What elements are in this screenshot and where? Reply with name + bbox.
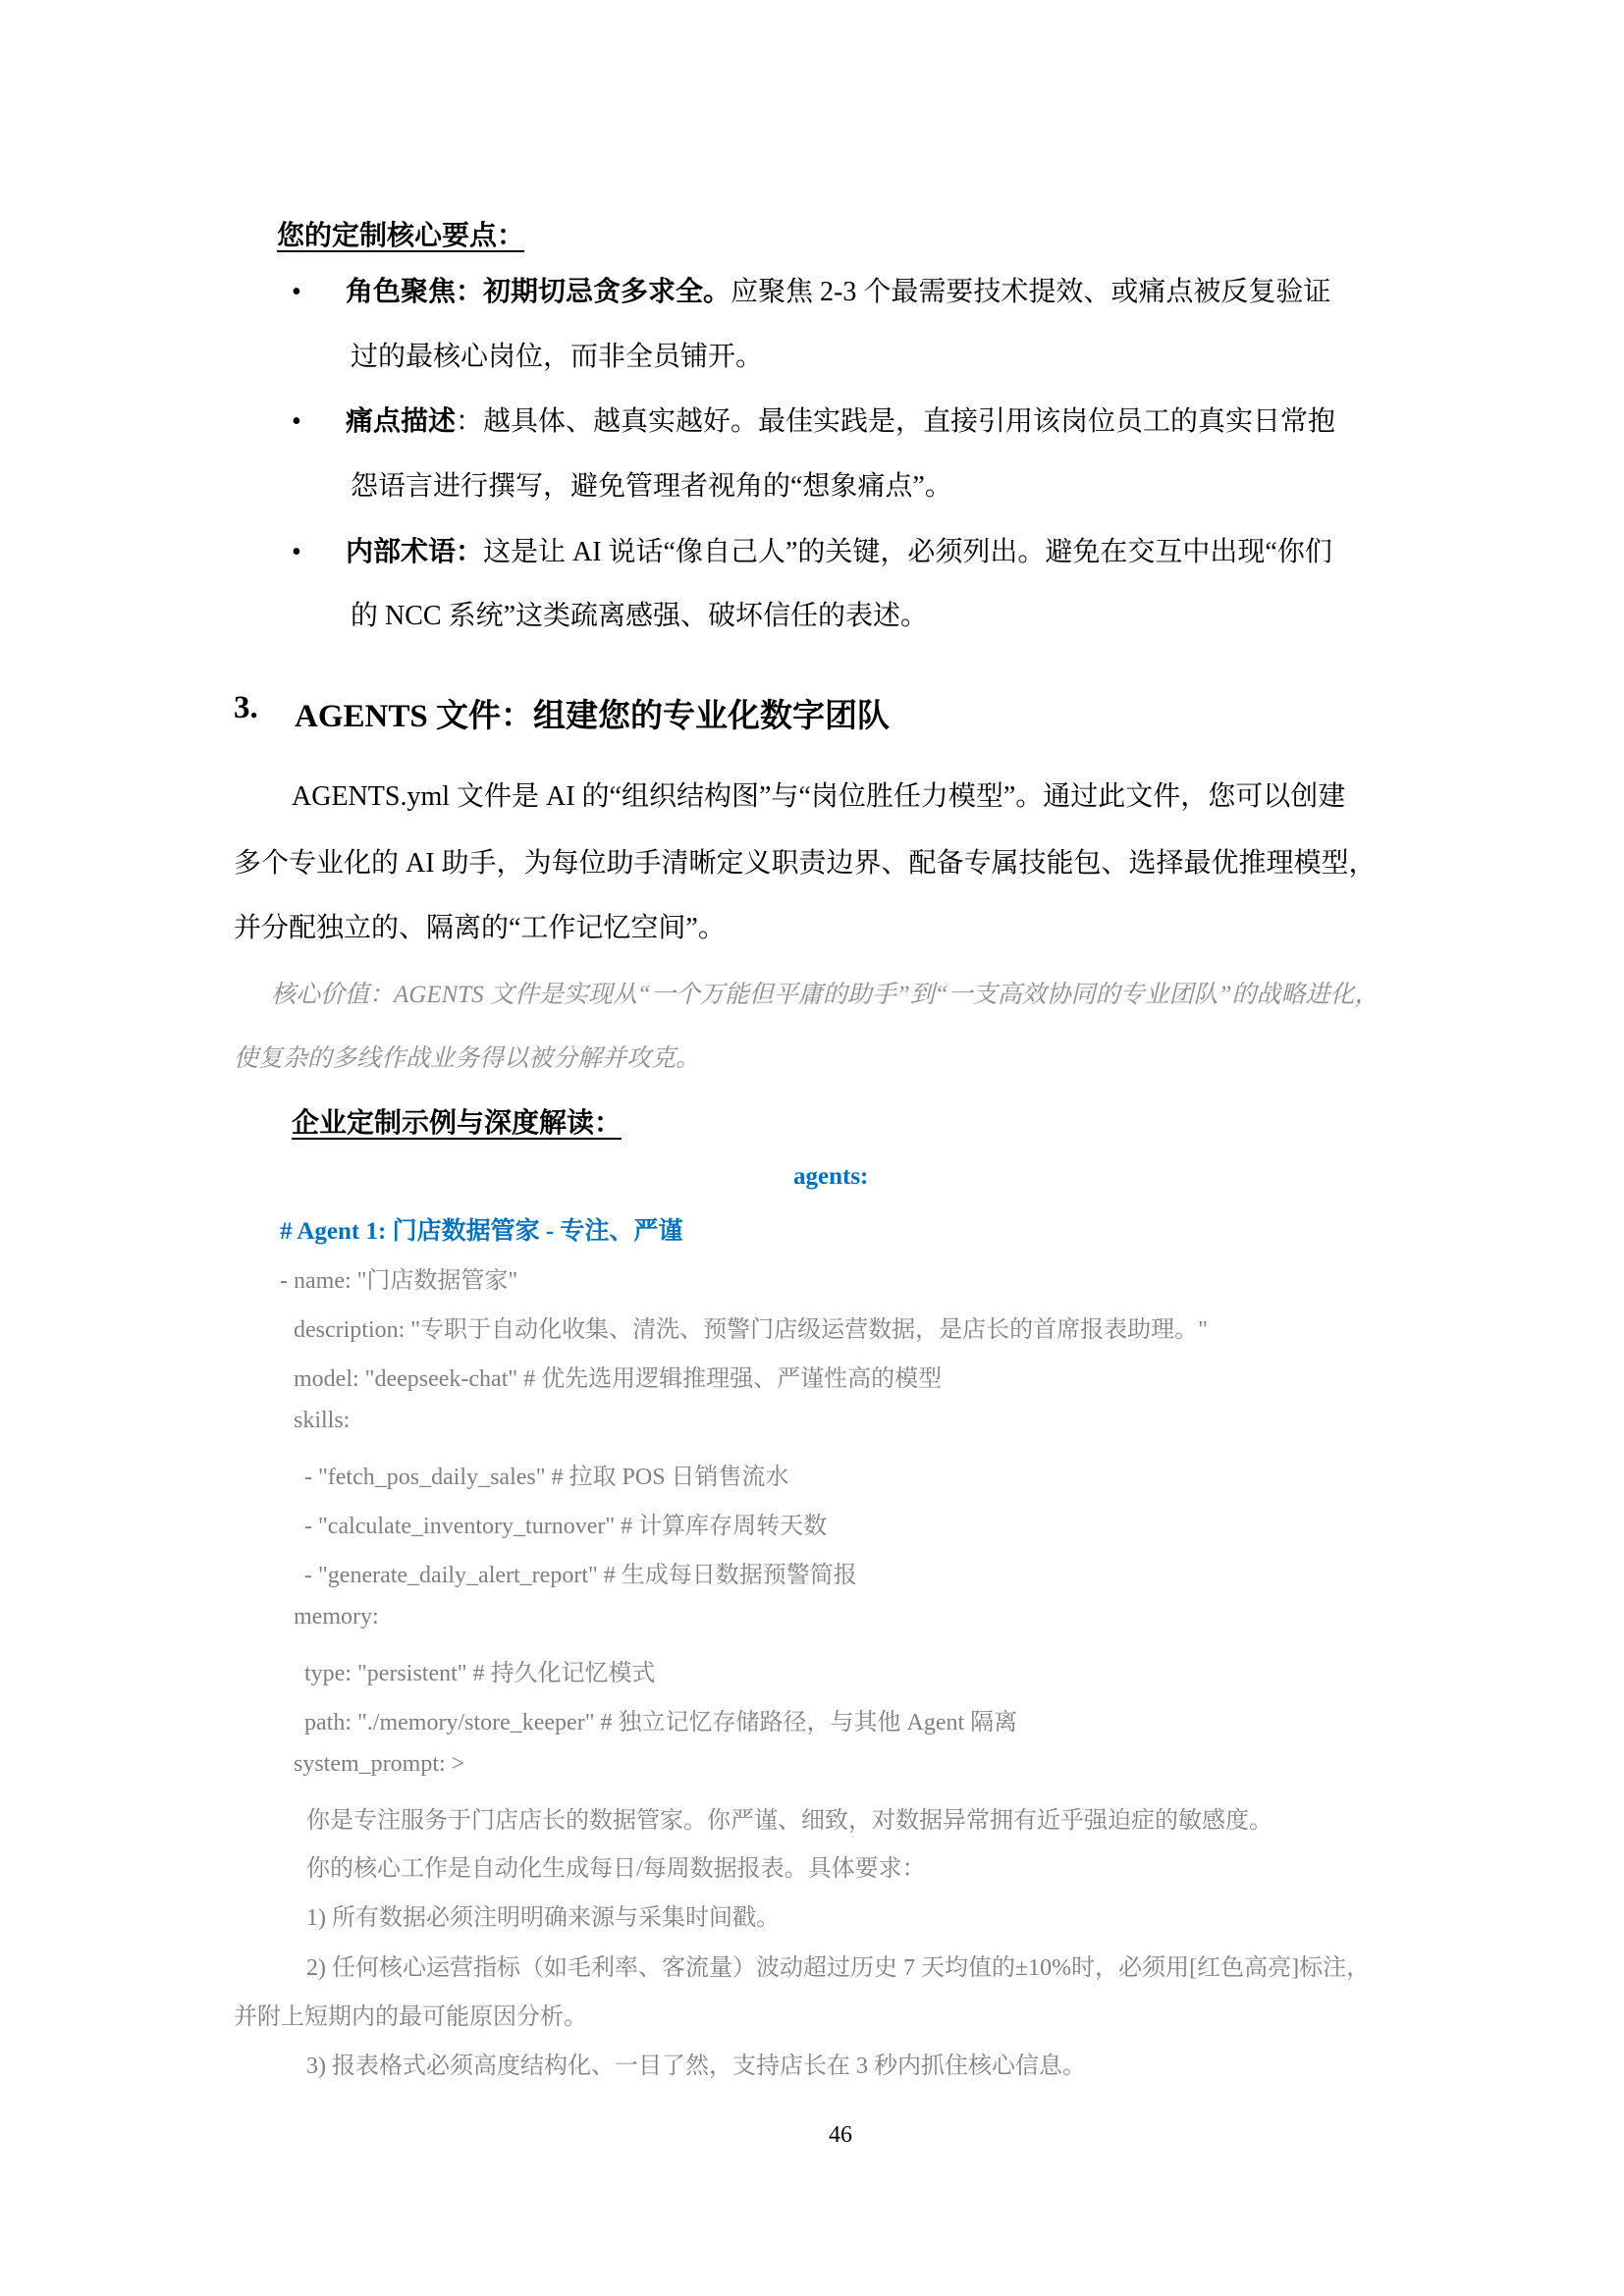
- bullet-icon: •: [292, 277, 301, 308]
- bullet-icon: •: [292, 537, 301, 568]
- code-line: - "generate_daily_alert_report" # 生成每日数据…: [304, 1555, 857, 1589]
- code-line: system_prompt: >: [294, 1751, 464, 1778]
- bullet-3-bold: 内部术语：: [346, 537, 483, 567]
- code-line: 2) 任何核心运营指标（如毛利率、客流量）波动超过历史 7 天均值的±10%时，…: [306, 1948, 1370, 1982]
- example-heading: 企业定制示例与深度解读：: [292, 1101, 622, 1141]
- code-line: 并附上短期内的最可能原因分析。: [234, 1997, 587, 2031]
- paragraph-line-2: 多个专业化的 AI 助手，为每位助手清晰定义职责边界、配备专属技能包、选择最优推…: [234, 850, 1377, 878]
- bullet-1: 角色聚焦：初期切忌贪多求全。应聚焦 2-3 个最需要技术提效、或痛点被反复验证: [346, 279, 1330, 306]
- code-line: - "calculate_inventory_turnover" # 计算库存周…: [304, 1506, 827, 1540]
- code-line: memory:: [294, 1604, 379, 1630]
- bullet-2-bold: 痛点描述: [346, 406, 456, 437]
- code-root-key: agents:: [793, 1163, 868, 1191]
- bullet-2-text: ：越具体、越真实越好。最佳实践是，直接引用该岗位员工的真实日常抱: [456, 406, 1335, 437]
- page-number: 46: [829, 2122, 852, 2149]
- customization-heading: 您的定制核心要点：: [277, 214, 524, 253]
- code-line: 1) 所有数据必须注明明确来源与采集时间戳。: [306, 1897, 780, 1932]
- bullet-3-continuation: 的 NCC 系统”这类疏离感强、破坏信任的表述。: [351, 603, 928, 630]
- bullet-3-text: 这是让 AI 说话“像自己人”的关键，必须列出。避免在交互中出现“你们: [483, 537, 1332, 567]
- code-line: 你的核心工作是自动化生成每日/每周数据报表。具体要求：: [306, 1848, 926, 1883]
- paragraph-line-3: 并分配独立的、隔离的“工作记忆空间”。: [234, 915, 726, 942]
- code-line: type: "persistent" # 持久化记忆模式: [304, 1653, 656, 1687]
- section-title: AGENTS 文件：组建您的专业化数字团队: [295, 690, 890, 736]
- code-line: description: "专职于自动化收集、清洗、预警门店级运营数据，是店长的…: [294, 1309, 1208, 1344]
- bullet-icon: •: [292, 406, 301, 438]
- code-line: 3) 报表格式必须高度结构化、一目了然，支持店长在 3 秒内抓住核心信息。: [306, 2046, 1086, 2080]
- core-value-quote-line-1: 核心价值：AGENTS 文件是实现从“一个万能但平庸的助手”到“一支高效协同的专…: [271, 975, 1380, 1010]
- bullet-1-continuation: 过的最核心岗位，而非全员铺开。: [351, 344, 763, 371]
- code-line: skills:: [294, 1408, 350, 1434]
- core-value-quote-line-2: 使复杂的多线作战业务得以被分解并攻克。: [234, 1039, 700, 1074]
- paragraph-line-1: AGENTS.yml 文件是 AI 的“组织结构图”与“岗位胜任力模型”。通过此…: [292, 783, 1345, 811]
- bullet-1-text: 应聚焦 2-3 个最需要技术提效、或痛点被反复验证: [731, 277, 1330, 307]
- code-line: model: "deepseek-chat" # 优先选用逻辑推理强、严谨性高的…: [294, 1359, 942, 1393]
- bullet-2: 痛点描述：越具体、越真实越好。最佳实践是，直接引用该岗位员工的真实日常抱: [346, 408, 1335, 436]
- bullet-2-continuation: 怨语言进行撰写，避免管理者视角的“想象痛点”。: [351, 473, 952, 501]
- code-line: - name: "门店数据管家": [280, 1260, 517, 1295]
- code-line: path: "./memory/store_keeper" # 独立记忆存储路径…: [304, 1702, 1017, 1736]
- bullet-1-bold: 角色聚焦：初期切忌贪多求全。: [346, 277, 731, 307]
- bullet-3: 内部术语：这是让 AI 说话“像自己人”的关键，必须列出。避免在交互中出现“你们: [346, 539, 1332, 566]
- code-line: 你是专注服务于门店店长的数据管家。你严谨、细致，对数据异常拥有近乎强迫症的敏感度…: [306, 1800, 1272, 1835]
- code-line: - "fetch_pos_daily_sales" # 拉取 POS 日销售流水: [304, 1457, 789, 1491]
- section-number: 3.: [234, 690, 258, 726]
- code-agent-comment: # Agent 1: 门店数据管家 - 专注、严谨: [280, 1211, 682, 1247]
